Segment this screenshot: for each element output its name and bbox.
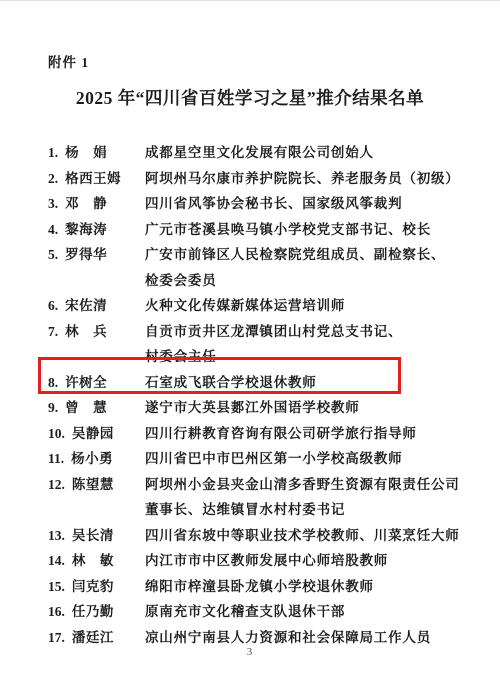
laureate-list: 1.杨 娟 成都星空里文化发展有限公司创始人 2.格西王姆 阿坝州马尔康市养护院… — [48, 140, 462, 650]
item-name: 潘廷江 — [72, 630, 114, 645]
list-item: 10.吴静园 四川行耕教育咨询有限公司研学旅行指导师 — [48, 421, 462, 447]
item-desc-line: 自贡市贡井区龙潭镇团山村党总支书记、 — [145, 319, 462, 345]
item-name: 吴静园 — [72, 426, 114, 441]
item-desc-line: 内江市市中区教师发展中心师培股教师 — [145, 548, 462, 574]
item-desc: 遂宁市大英县郪江外国语学校教师 — [145, 395, 462, 421]
item-number: 7. — [48, 319, 58, 345]
item-number: 1. — [48, 140, 58, 166]
list-item: 13.吴长清 四川省东坡中等职业技术学校教师、川菜烹饪大师 — [48, 523, 462, 549]
item-number: 16. — [48, 599, 65, 625]
list-item: 12.陈望慧 阿坝州小金县夹金山清多香野生资源有限责任公司董事长、达维镇冒水村村… — [48, 472, 462, 523]
list-item: 6.宋佐清 火种文化传媒新媒体运营培训师 — [48, 293, 462, 319]
list-item: 11.杨小勇 四川省巴中市巴州区第一小学校高级教师 — [48, 446, 462, 472]
list-item-left: 5.罗得华 — [48, 242, 145, 293]
list-item-left: 11.杨小勇 — [48, 446, 145, 472]
list-item: 9.曾 慧 遂宁市大英县郪江外国语学校教师 — [48, 395, 462, 421]
item-number: 14. — [48, 548, 65, 574]
list-item-left: 13.吴长清 — [48, 523, 145, 549]
item-desc-line: 火种文化传媒新媒体运营培训师 — [145, 293, 462, 319]
item-desc: 内江市市中区教师发展中心师培股教师 — [145, 548, 462, 574]
item-number: 10. — [48, 421, 65, 447]
list-item-highlighted: 8.许树全 石室成飞联合学校退休教师 — [48, 370, 462, 396]
item-desc-line: 原南充市文化稽查支队退休干部 — [145, 599, 462, 625]
list-item-left: 10.吴静园 — [48, 421, 145, 447]
item-number: 8. — [48, 370, 58, 396]
list-item-left: 9.曾 慧 — [48, 395, 145, 421]
item-desc: 成都星空里文化发展有限公司创始人 — [145, 140, 462, 166]
item-desc-line: 村委会主任 — [145, 344, 462, 370]
list-item: 16.任乃勤 原南充市文化稽查支队退休干部 — [48, 599, 462, 625]
item-name: 任乃勤 — [72, 604, 114, 619]
item-desc-line: 四川省巴中市巴州区第一小学校高级教师 — [145, 446, 462, 472]
list-item: 3.邓 静 四川省风筝协会秘书长、国家级风筝裁判 — [48, 191, 462, 217]
item-desc-line: 四川行耕教育咨询有限公司研学旅行指导师 — [145, 421, 462, 447]
item-desc: 阿坝州小金县夹金山清多香野生资源有限责任公司董事长、达维镇冒水村村委书记 — [145, 472, 462, 523]
item-desc-line: 董事长、达维镇冒水村村委书记 — [145, 497, 462, 523]
item-number: 11. — [48, 446, 64, 472]
item-name: 宋佐清 — [65, 298, 107, 313]
list-item: 7.林 兵 自贡市贡井区龙潭镇团山村党总支书记、村委会主任 — [48, 319, 462, 370]
item-desc-line: 石室成飞联合学校退休教师 — [145, 370, 462, 396]
list-item-left: 8.许树全 — [48, 370, 145, 396]
item-desc-line: 检委会委员 — [145, 268, 462, 294]
item-name: 陈望慧 — [72, 477, 114, 492]
item-name: 吴长清 — [72, 528, 114, 543]
item-desc: 阿坝州马尔康市养护院院长、养老服务员（初级） — [145, 166, 462, 192]
item-number: 9. — [48, 395, 58, 421]
list-item-left: 2.格西王姆 — [48, 166, 145, 192]
item-name: 闫克豹 — [72, 579, 114, 594]
item-desc: 四川省风筝协会秘书长、国家级风筝裁判 — [145, 191, 462, 217]
item-desc-line: 阿坝州小金县夹金山清多香野生资源有限责任公司 — [145, 472, 462, 498]
item-desc-line: 四川省东坡中等职业技术学校教师、川菜烹饪大师 — [145, 523, 462, 549]
item-name: 林 敏 — [72, 553, 114, 568]
item-desc-line: 四川省风筝协会秘书长、国家级风筝裁判 — [145, 191, 462, 217]
page-title: 2025 年“四川省百姓学习之星”推介结果名单 — [0, 85, 500, 110]
list-item: 1.杨 娟 成都星空里文化发展有限公司创始人 — [48, 140, 462, 166]
list-item-left: 12.陈望慧 — [48, 472, 145, 523]
list-item-left: 15.闫克豹 — [48, 574, 145, 600]
item-desc-line: 广元市苍溪县唤马镇小学校党支部书记、校长 — [145, 217, 462, 243]
list-item-left: 1.杨 娟 — [48, 140, 145, 166]
item-name: 许树全 — [65, 375, 107, 390]
item-name: 罗得华 — [65, 247, 107, 262]
document-page: 附件 1 2025 年“四川省百姓学习之星”推介结果名单 1.杨 娟 成都星空里… — [0, 0, 500, 700]
item-name: 曾 慧 — [65, 400, 107, 415]
list-item-left: 14.林 敏 — [48, 548, 145, 574]
item-desc: 原南充市文化稽查支队退休干部 — [145, 599, 462, 625]
item-desc: 石室成飞联合学校退休教师 — [145, 370, 462, 396]
item-desc: 四川省东坡中等职业技术学校教师、川菜烹饪大师 — [145, 523, 462, 549]
list-item-left: 16.任乃勤 — [48, 599, 145, 625]
list-item: 2.格西王姆 阿坝州马尔康市养护院院长、养老服务员（初级） — [48, 166, 462, 192]
item-name: 杨小勇 — [71, 451, 113, 466]
list-item: 5.罗得华 广安市前锋区人民检察院党组成员、副检察长、检委会委员 — [48, 242, 462, 293]
item-number: 5. — [48, 242, 58, 268]
item-number: 3. — [48, 191, 58, 217]
item-name: 邓 静 — [65, 196, 107, 211]
item-number: 12. — [48, 472, 65, 498]
item-name: 黎海涛 — [65, 222, 107, 237]
item-desc: 广安市前锋区人民检察院党组成员、副检察长、检委会委员 — [145, 242, 462, 293]
list-item-left: 3.邓 静 — [48, 191, 145, 217]
list-item-left: 4.黎海涛 — [48, 217, 145, 243]
list-item-left: 6.宋佐清 — [48, 293, 145, 319]
item-number: 2. — [48, 166, 58, 192]
item-desc-line: 广安市前锋区人民检察院党组成员、副检察长、 — [145, 242, 462, 268]
item-desc-line: 绵阳市梓潼县卧龙镇小学校退休教师 — [145, 574, 462, 600]
item-desc-line: 成都星空里文化发展有限公司创始人 — [145, 140, 462, 166]
item-number: 13. — [48, 523, 65, 549]
list-item: 4.黎海涛 广元市苍溪县唤马镇小学校党支部书记、校长 — [48, 217, 462, 243]
list-item: 15.闫克豹 绵阳市梓潼县卧龙镇小学校退休教师 — [48, 574, 462, 600]
item-desc: 火种文化传媒新媒体运营培训师 — [145, 293, 462, 319]
item-desc: 绵阳市梓潼县卧龙镇小学校退休教师 — [145, 574, 462, 600]
item-desc: 广元市苍溪县唤马镇小学校党支部书记、校长 — [145, 217, 462, 243]
item-desc: 四川行耕教育咨询有限公司研学旅行指导师 — [145, 421, 462, 447]
list-item: 14.林 敏 内江市市中区教师发展中心师培股教师 — [48, 548, 462, 574]
item-desc-line: 阿坝州马尔康市养护院院长、养老服务员（初级） — [145, 166, 462, 192]
item-name: 杨 娟 — [65, 145, 107, 160]
attachment-label: 附件 1 — [48, 51, 89, 71]
item-desc-line: 遂宁市大英县郪江外国语学校教师 — [145, 395, 462, 421]
item-name: 林 兵 — [65, 324, 107, 339]
page-number: 3 — [0, 646, 500, 658]
list-item-left: 7.林 兵 — [48, 319, 145, 370]
item-number: 4. — [48, 217, 58, 243]
item-number: 15. — [48, 574, 65, 600]
item-desc: 四川省巴中市巴州区第一小学校高级教师 — [145, 446, 462, 472]
item-desc: 自贡市贡井区龙潭镇团山村党总支书记、村委会主任 — [145, 319, 462, 370]
item-name: 格西王姆 — [65, 171, 121, 186]
item-number: 6. — [48, 293, 58, 319]
